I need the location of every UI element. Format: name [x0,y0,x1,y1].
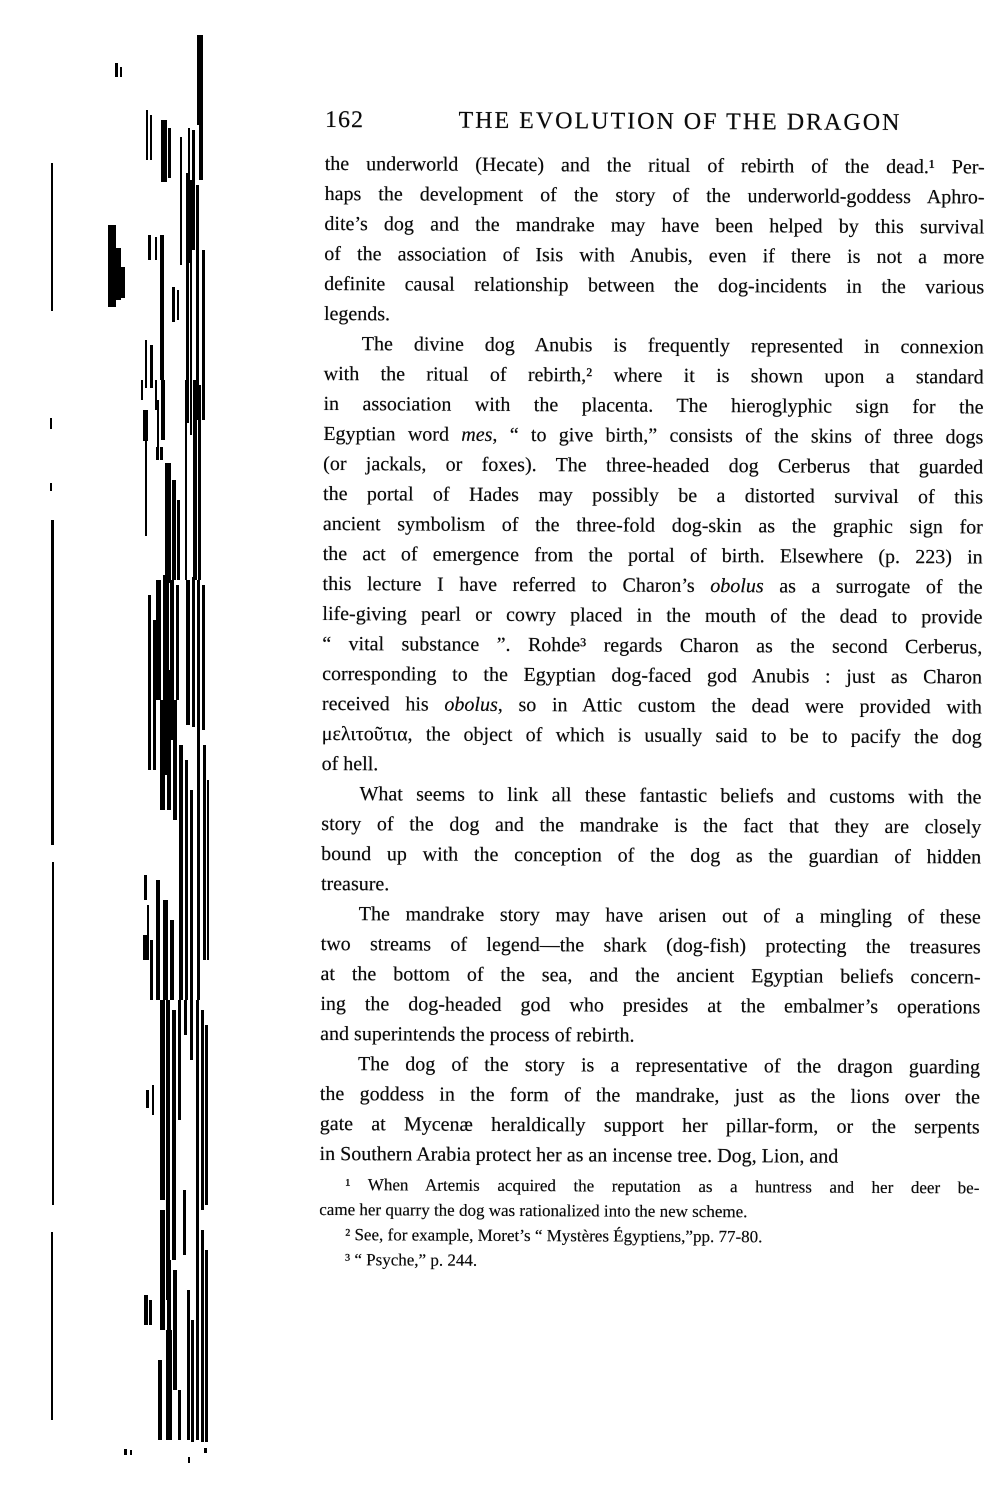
text-line: (or jackals, or foxes). The three-headed… [323,449,983,482]
text-line: “ vital substance ”. Rohde³ regards Char… [322,629,982,662]
paragraph: The divine dog Anubis is frequently repr… [322,329,984,782]
text-line: this lecture I have referred to Charon’s… [322,569,982,602]
body-text: the underworld (Hecate) and the ritual o… [320,149,985,1172]
text-line: What seems to link all these fantastic b… [321,779,981,812]
text-line: story of the dog and the mandrake is the… [321,809,981,842]
paragraph: The mandrake story may have arisen out o… [320,899,981,1052]
text-line: haps the development of the story of the… [325,179,985,212]
text-line: treasure. [321,869,981,902]
page-number: 162 [325,107,415,134]
text-line: Egyptian word mes, “ to give birth,” con… [323,419,983,452]
text-line: dite’s dog and the mandrake may have bee… [324,209,984,242]
text-line: bound up with the conception of the dog … [321,839,981,872]
footnotes: ¹ When Artemis acquired the reputation a… [319,1172,980,1275]
text-line: ancient symbolism of the three-fold dog-… [323,509,983,542]
text-line: life-giving pearl or cowry placed in the… [322,599,982,632]
paragraph: The dog of the story is a representative… [320,1049,981,1172]
text-line: corresponding to the Egyptian dog-faced … [322,659,982,692]
text-line: the portal of Hades may possibly be a di… [323,479,983,512]
footnote-line: ¹ When Artemis acquired the reputation a… [319,1172,979,1200]
page-header: 162 THE EVOLUTION OF THE DRAGON [325,107,985,137]
text-line: μελιτοῦτια, the object of which is usual… [322,719,982,752]
text-line: of the association of Isis with Anubis, … [324,239,984,272]
text-line: The divine dog Anubis is frequently repr… [324,329,984,362]
footnote-line: ³ “ Psyche,” p. 244. [319,1247,979,1275]
text-line: in association with the placenta. The hi… [323,389,983,422]
text-line: legends. [324,299,984,332]
text-line: the goddess in the form of the mandrake,… [320,1079,980,1112]
text-line: two streams of legend—the shark (dog-fis… [321,929,981,962]
paragraph: What seems to link all these fantastic b… [321,779,982,902]
text-line: of hell. [322,749,982,782]
footnote-line: ² See, for example, Moret’s “ Mystères É… [319,1222,979,1250]
text-line: received his obolus, so in Attic custom … [322,689,982,722]
running-title: THE EVOLUTION OF THE DRAGON [415,107,985,137]
text-line: and superintends the process of rebirth. [320,1019,980,1052]
text-line: with the ritual of rebirth,² where it is… [324,359,984,392]
text-line: at the bottom of the sea, and the ancien… [320,959,980,992]
text-line: the underworld (Hecate) and the ritual o… [325,149,985,182]
text-line: the act of emergence from the portal of … [323,539,983,572]
text-line: ing the dog-headed god who presides at t… [320,989,980,1022]
text-line: gate at Mycenæ heraldically support her … [320,1109,980,1142]
text-line: The dog of the story is a representative… [320,1049,980,1082]
scanned-book-page: 162 THE EVOLUTION OF THE DRAGON the unde… [0,0,1002,1494]
footnote-line: came her quarry the dog was rationalized… [319,1197,979,1225]
text-line: The mandrake story may have arisen out o… [321,899,981,932]
text-line: in Southern Arabia protect her as an inc… [320,1139,980,1172]
text-line: definite causal relationship between the… [324,269,984,302]
text-block: 162 THE EVOLUTION OF THE DRAGON the unde… [0,0,1002,1494]
paragraph: the underworld (Hecate) and the ritual o… [324,149,985,332]
